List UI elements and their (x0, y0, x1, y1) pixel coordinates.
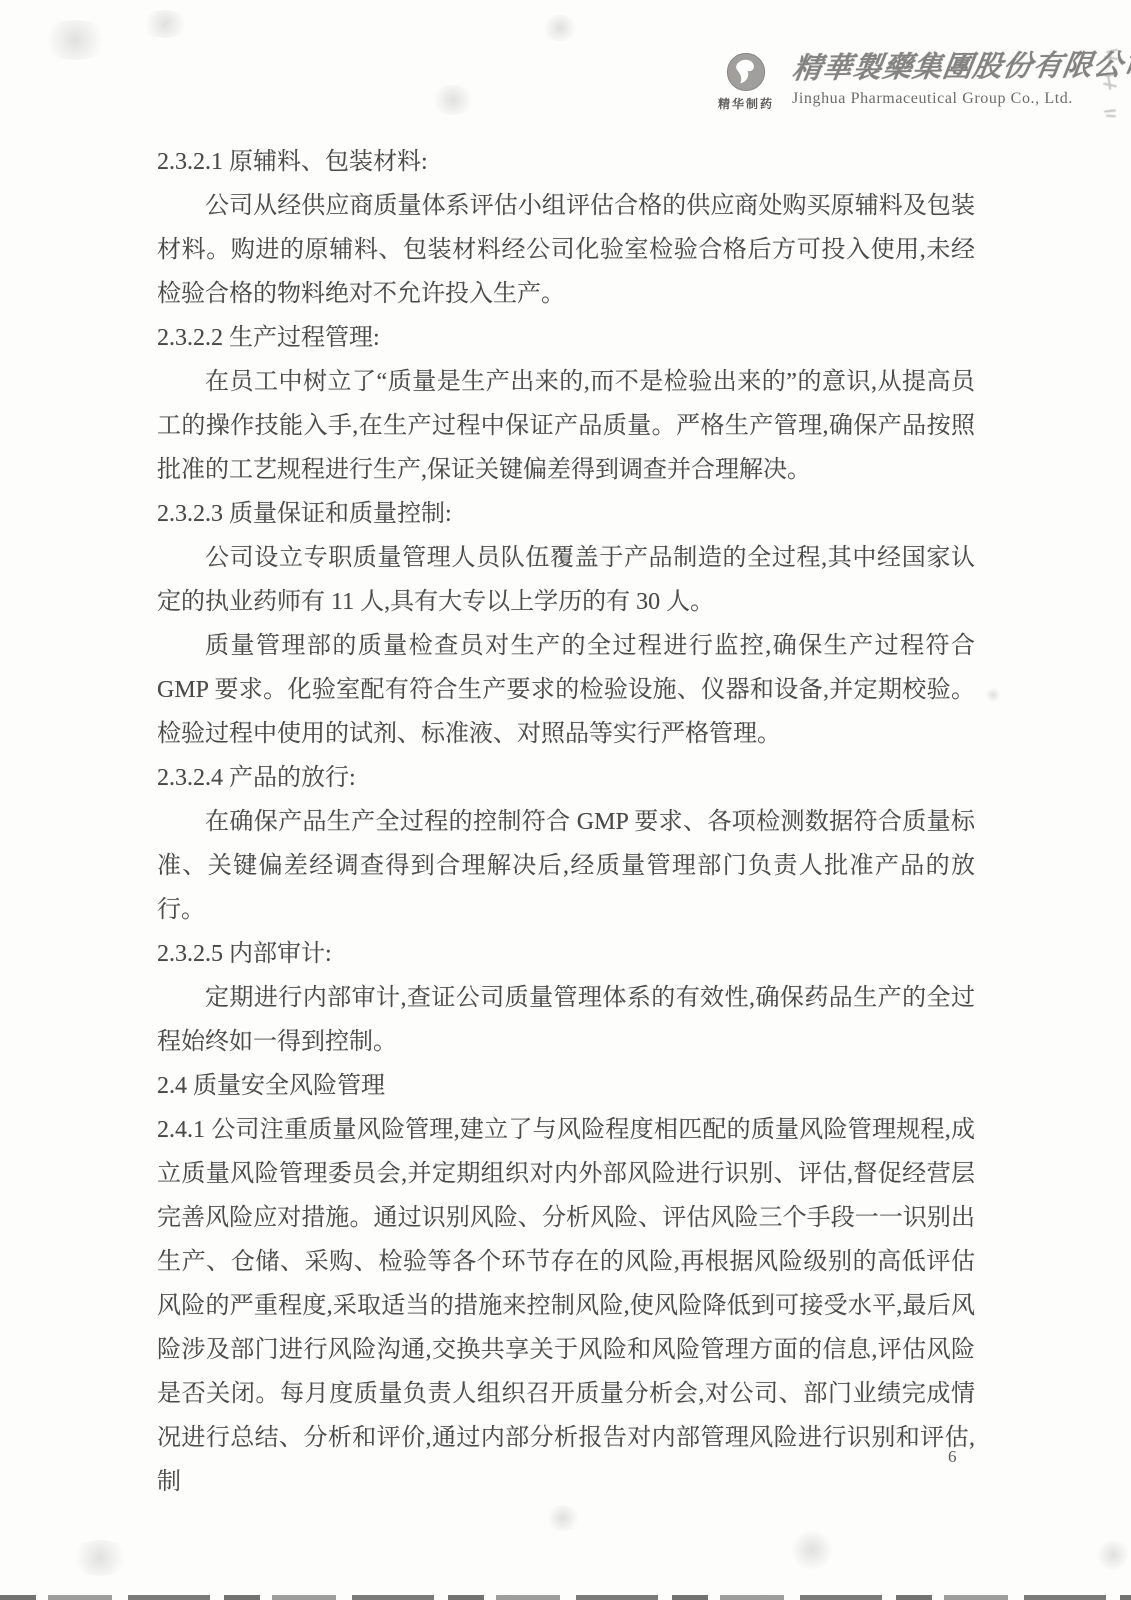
paragraph: 2.4.1 公司注重质量风险管理,建立了与风险程度相匹配的质量风险管理规程,成立… (157, 1108, 975, 1504)
page-number: 6 (948, 1447, 957, 1467)
scan-speck (540, 15, 580, 41)
scan-speck (790, 1530, 834, 1570)
document-page: 精华制药 精華製藥集團股份有限公司 Jinghua Pharmaceutical… (0, 0, 1131, 1600)
section-heading: 2.3.2.3 质量保证和质量控制: (157, 492, 975, 536)
paragraph: 在确保产品生产全过程的控制符合 GMP 要求、各项检测数据符合质量标准、关键偏差… (157, 800, 975, 932)
section-heading: 2.3.2.1 原辅料、包装材料: (157, 140, 975, 184)
document-body: 2.3.2.1 原辅料、包装材料:公司从经供应商质量体系评估小组评估合格的供应商… (157, 140, 975, 1504)
company-name-block: 精華製藥集團股份有限公司 Jinghua Pharmaceutical Grou… (790, 46, 1131, 108)
scan-speck (430, 85, 476, 115)
scan-speck (545, 1505, 581, 1531)
paragraph: 公司设立专职质量管理人员队伍覆盖于产品制造的全过程,其中经国家认定的执业药师有 … (157, 536, 975, 624)
section-heading: 2.3.2.2 生产过程管理: (157, 316, 975, 360)
letterhead: 精华制药 精華製藥集團股份有限公司 Jinghua Pharmaceutical… (710, 46, 1131, 112)
company-logo-icon (726, 52, 766, 92)
scan-speck (140, 10, 190, 38)
scan-edge-artifact (0, 1595, 1131, 1600)
scan-speck (40, 20, 110, 60)
handwritten-mark (1098, 48, 1124, 128)
section-heading: 2.3.2.4 产品的放行: (157, 756, 975, 800)
company-name-english: Jinghua Pharmaceutical Group Co., Ltd. (792, 90, 1131, 108)
paragraph: 定期进行内部审计,查证公司质量管理体系的有效性,确保药品生产的全过程始终如一得到… (157, 976, 975, 1064)
section-heading: 2.4 质量安全风险管理 (157, 1064, 975, 1108)
scan-speck (70, 1540, 130, 1576)
scan-speck (1095, 1540, 1131, 1570)
company-logo-caption: 精华制药 (710, 95, 782, 112)
section-heading: 2.3.2.5 内部审计: (157, 932, 975, 976)
paragraph: 公司从经供应商质量体系评估小组评估合格的供应商处购买原辅料及包装材料。购进的原辅… (157, 184, 975, 316)
company-logo-block: 精华制药 (710, 46, 782, 112)
paragraph: 在员工中树立了“质量是生产出来的,而不是检验出来的”的意识,从提高员工的操作技能… (157, 360, 975, 492)
scan-speck (985, 688, 1001, 702)
company-name-chinese: 精華製藥集團股份有限公司 (790, 42, 1131, 87)
paragraph: 质量管理部的质量检查员对生产的全过程进行监控,确保生产过程符合 GMP 要求。化… (157, 624, 975, 756)
